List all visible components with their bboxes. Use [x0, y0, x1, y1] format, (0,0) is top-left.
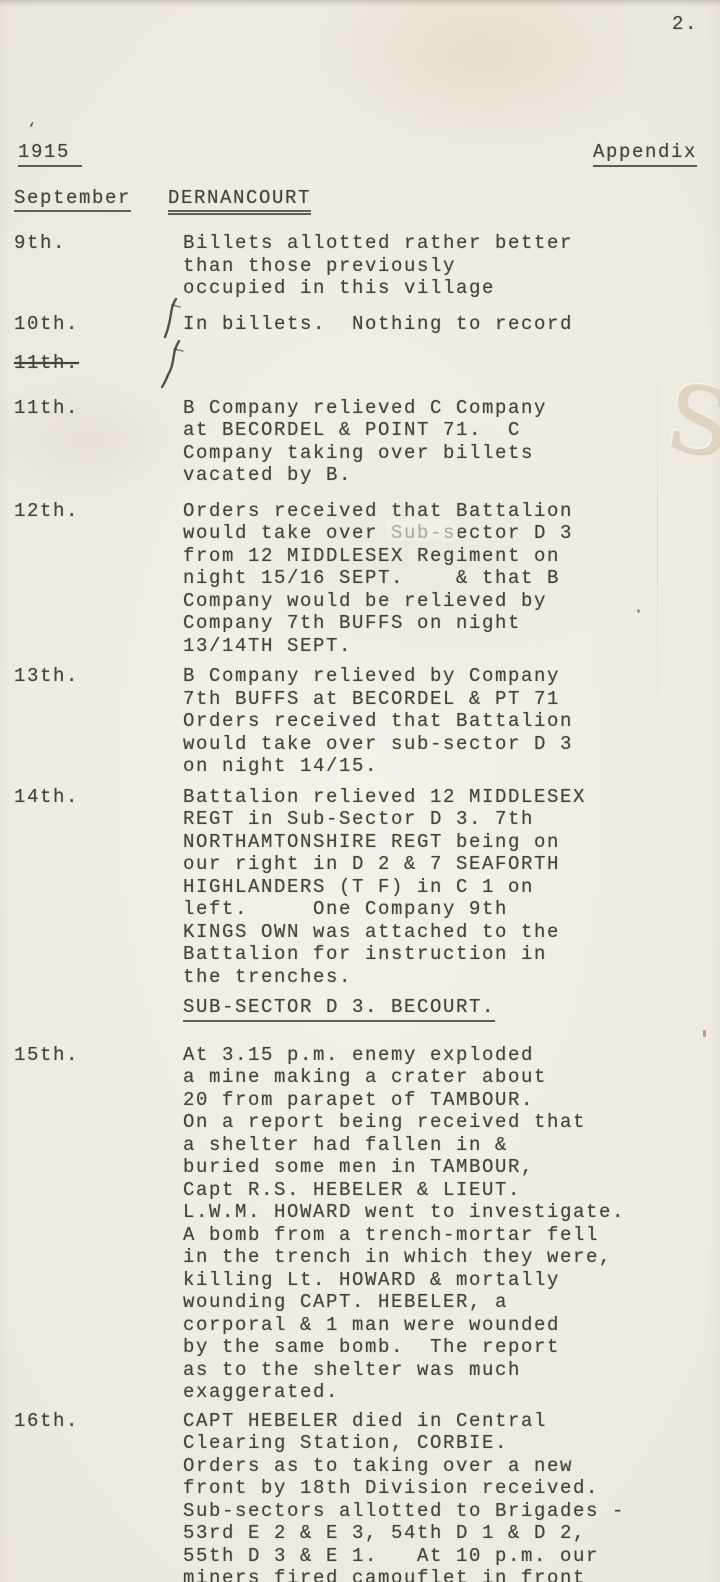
- diary-entry: 9th.Billets allotted rather better than …: [0, 232, 720, 300]
- entry-date: 15th.: [14, 1044, 183, 1404]
- page-number: 2.: [672, 13, 698, 36]
- header-row: 1915 Appendix: [0, 141, 720, 167]
- diary-entry: 14th.Battalion relieved 12 MIDDLESEX REG…: [0, 786, 720, 989]
- entry-date: 16th.: [14, 1410, 183, 1582]
- stray-ink-mark: ‘: [27, 119, 38, 142]
- entry-date: 14th.: [14, 786, 183, 989]
- entry-date: 11th.: [14, 397, 183, 487]
- section-heading-cell: SUB-SECTOR D 3. BECOURT.: [183, 996, 495, 1022]
- subheader-row: September DERNANCOURT: [0, 187, 720, 216]
- entry-text: At 3.15 p.m. enemy exploded a mine makin…: [183, 1044, 625, 1404]
- diary-entry: 12th.Orders received that Battalion woul…: [0, 500, 720, 658]
- handwritten-slash-marks: [152, 297, 194, 389]
- paper-crease: [657, 330, 658, 750]
- entry-date: 9th.: [14, 232, 183, 300]
- entry-text: Orders received that Battalion would tak…: [183, 500, 573, 658]
- red-speck: [703, 1030, 706, 1037]
- entry-text: B Company relieved C Company at BECORDEL…: [183, 397, 547, 487]
- appendix-heading: Appendix: [593, 141, 697, 167]
- entry-date: 13th.: [14, 665, 183, 778]
- diary-entries: 9th.Billets allotted rather better than …: [0, 232, 720, 1582]
- section-heading: SUB-SECTOR D 3. BECOURT.: [183, 996, 495, 1022]
- war-diary-page: 2. ‘ 1915 Appendix September DERNANCOURT…: [0, 0, 720, 1582]
- month-cell: September: [14, 187, 168, 216]
- year-heading: 1915: [18, 141, 82, 167]
- diary-entry: 11th.: [0, 352, 720, 375]
- erased-text-patch: [386, 519, 458, 541]
- entry-text: CAPT HEBELER died in Central Clearing St…: [183, 1410, 625, 1582]
- diary-entry: 15th.At 3.15 p.m. enemy exploded a mine …: [0, 1044, 720, 1404]
- entry-text: In billets. Nothing to record: [183, 313, 573, 336]
- entry-text: Battalion relieved 12 MIDDLESEX REGT in …: [183, 786, 586, 989]
- month-heading: September: [14, 187, 131, 213]
- entry-date: 12th.: [14, 500, 183, 658]
- entry-date: [14, 996, 183, 1022]
- section-heading-row: SUB-SECTOR D 3. BECOURT.: [0, 996, 720, 1022]
- diary-entry: 16th.CAPT HEBELER died in Central Cleari…: [0, 1410, 720, 1582]
- location-heading: DERNANCOURT: [168, 187, 311, 216]
- ink-speck: [637, 609, 640, 613]
- diary-entry: 10th.In billets. Nothing to record: [0, 313, 720, 336]
- entry-text: Billets allotted rather better than thos…: [183, 232, 573, 300]
- entry-text: B Company relieved by Company 7th BUFFS …: [183, 665, 573, 778]
- diary-entry: 11th.B Company relieved C Company at BEC…: [0, 397, 720, 487]
- diary-entry: 13th.B Company relieved by Company 7th B…: [0, 665, 720, 778]
